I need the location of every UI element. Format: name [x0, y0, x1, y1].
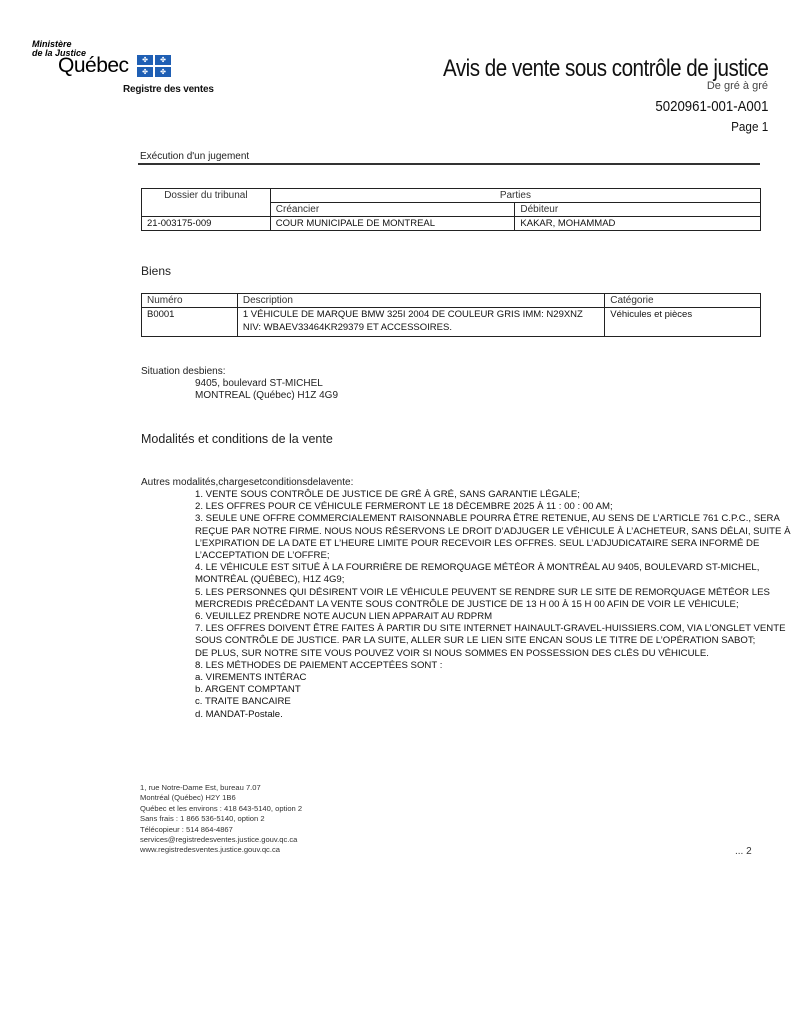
footer-email: services@registredesventes.justice.gouv.…	[140, 835, 302, 845]
description-value: 1 VÉHICULE DE MARQUE BMW 325I 2004 DE CO…	[237, 308, 604, 337]
condition-line: L’ACCEPTATION DE L’OFFRE;	[195, 550, 765, 562]
condition-line: 2. LES OFFRES POUR CE VÉHICULE FERMERONT…	[195, 501, 765, 513]
condition-line: 5. LES PERSONNES QUI DÉSIRENT VOIR LE VÉ…	[195, 587, 765, 599]
footer-phone-local: Québec et les environs : 418 643-5140, o…	[140, 804, 302, 814]
condition-line: 7. LES OFFRES DOIVENT ÊTRE FAITES À PART…	[195, 623, 765, 635]
condition-line: MONTRÉAL (QUÉBEC), H1Z 4G9;	[195, 574, 765, 586]
quebec-wordmark: Québec	[58, 55, 129, 77]
condition-line: REÇUE PAR NOTRE FIRME. NOUS NOUS RÉSERVO…	[195, 526, 765, 538]
table-row: B0001 1 VÉHICULE DE MARQUE BMW 325I 2004…	[142, 308, 761, 337]
condition-line: b. ARGENT COMPTANT	[195, 684, 765, 696]
debiteur-value: KAKAR, MOHAMMAD	[515, 217, 761, 231]
address-line: MONTREAL (Québec) H1Z 4G9	[195, 390, 338, 402]
page-continuation: ... 2	[735, 846, 752, 857]
condition-line: L’EXPIRATION DE LA DATE ET L’HEURE LIMIT…	[195, 538, 765, 550]
condition-line: 4. LE VÉHICULE EST SITUÉ À LA FOURRIÈRE …	[195, 562, 765, 574]
description-line: NIV: WBAEV33464KR29379 ET ACCESSOIRES.	[243, 321, 599, 334]
creancier-header: Créancier	[270, 203, 515, 217]
column-header-categorie: Catégorie	[605, 294, 761, 308]
column-header-description: Description	[237, 294, 604, 308]
fleur-de-lis-icon: ✤	[155, 67, 171, 77]
condition-line: MERCREDIS PRÉCÉDANT LA VENTE SOUS CONTRÔ…	[195, 599, 765, 611]
document-number: 5020961-001-A001	[655, 98, 768, 115]
creancier-value: COUR MUNICIPALE DE MONTREAL	[270, 217, 515, 231]
biens-table: Numéro Description Catégorie B0001 1 VÉH…	[141, 293, 761, 337]
condition-line: 6. VEUILLEZ PRENDRE NOTE AUCUN LIEN APPA…	[195, 611, 765, 623]
footer-contact: 1, rue Notre-Dame Est, bureau 7.07 Montr…	[140, 783, 302, 856]
footer-fax: Télécopieur : 514 864-4867	[140, 825, 302, 835]
condition-line: 1. VENTE SOUS CONTRÔLE DE JUSTICE DE GRÉ…	[195, 489, 765, 501]
condition-line: c. TRAITE BANCAIRE	[195, 696, 765, 708]
condition-line: a. VIREMENTS INTÉRAC	[195, 672, 765, 684]
dossier-header: Dossier du tribunal	[142, 189, 271, 217]
quebec-flag-icon: ✤ ✤ ✤ ✤	[137, 55, 171, 77]
document-title: Avis de vente sous contrôle de justice	[443, 55, 768, 83]
footer-phone-tollfree: Sans frais : 1 866 536-5140, option 2	[140, 814, 302, 824]
parties-table: Dossier du tribunal Parties Créancier Dé…	[141, 188, 761, 231]
footer-website: www.registredesventes.justice.gouv.qc.ca	[140, 845, 302, 855]
column-header-numero: Numéro	[142, 294, 238, 308]
registre-label: Registre des ventes	[123, 84, 214, 95]
debiteur-header: Débiteur	[515, 203, 761, 217]
fleur-de-lis-icon: ✤	[137, 67, 153, 77]
condition-line: SOUS CONTRÔLE DE JUSTICE. PAR LA SUITE, …	[195, 635, 765, 647]
condition-line: 8. LES MÉTHODES DE PAIEMENT ACCEPTÉES SO…	[195, 660, 765, 672]
conditions-list: 1. VENTE SOUS CONTRÔLE DE JUSTICE DE GRÉ…	[195, 489, 765, 721]
table-row: 21-003175-009 COUR MUNICIPALE DE MONTREA…	[142, 217, 761, 231]
parties-header: Parties	[270, 189, 760, 203]
categorie-value: Véhicules et pièces	[605, 308, 761, 337]
situation-label: Situation desbiens:	[141, 366, 226, 377]
biens-heading: Biens	[141, 264, 171, 278]
autres-modalites-label: Autres modalités,chargesetconditionsdela…	[141, 477, 353, 488]
fleur-de-lis-icon: ✤	[137, 55, 153, 65]
situation-address: 9405, boulevard ST-MICHEL MONTREAL (Québ…	[195, 378, 338, 402]
address-line: 9405, boulevard ST-MICHEL	[195, 378, 338, 390]
footer-city-line: Montréal (Québec) H2Y 1B6	[140, 793, 302, 803]
condition-line: DE PLUS, SUR NOTRE SITE VOUS POUVEZ VOIR…	[195, 648, 765, 660]
modalites-heading: Modalités et conditions de la vente	[141, 432, 333, 446]
numero-value: B0001	[142, 308, 238, 337]
fleur-de-lis-icon: ✤	[155, 55, 171, 65]
dossier-value: 21-003175-009	[142, 217, 271, 231]
footer-address-line: 1, rue Notre-Dame Est, bureau 7.07	[140, 783, 302, 793]
description-line: 1 VÉHICULE DE MARQUE BMW 325I 2004 DE CO…	[243, 308, 599, 321]
condition-line: d. MANDAT-Postale.	[195, 709, 765, 721]
condition-line: 3. SEULE UNE OFFRE COMMERCIALEMENT RAISO…	[195, 513, 765, 525]
page-number: Page 1	[731, 119, 768, 134]
document-subtitle: De gré à gré	[707, 80, 768, 92]
section-divider	[138, 163, 760, 165]
section-label: Exécution d'un jugement	[140, 151, 249, 162]
